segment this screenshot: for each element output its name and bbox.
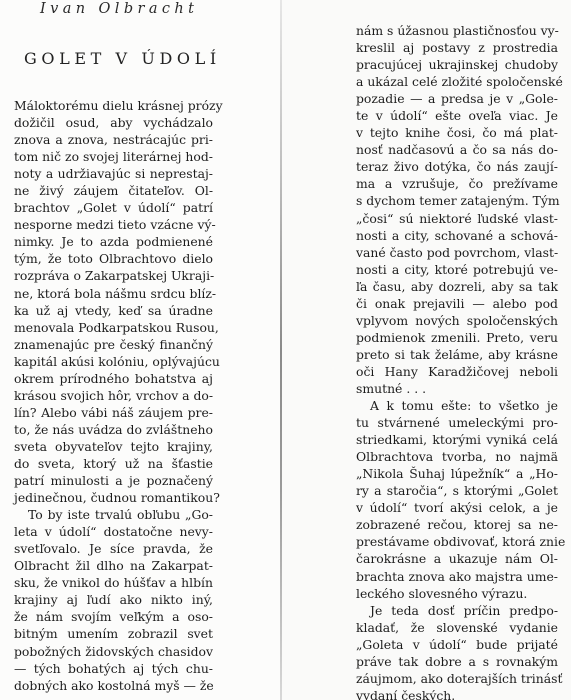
text-line: tom nič zo svojej literárnej hod-	[14, 148, 213, 165]
text-line: tu stvárnené umeleckými pro-	[356, 414, 558, 431]
text-line: te v údolí“ ešte oveľa viac. Je	[356, 107, 558, 124]
text-line: pobožných židovských chasidov	[14, 643, 213, 660]
text-line: podmienok zmenili. Preto, veru	[356, 329, 558, 346]
paragraph-start-line: Je teda dosť príčin predpo-	[356, 602, 558, 619]
text-line: vydaní českých.	[356, 687, 558, 700]
text-line: krásou svojich hôr, vrchov a do-	[14, 387, 213, 404]
text-line: leckého slovesného výrazu.	[356, 585, 558, 602]
text-line: brachtov „Golet v údolí“ patrí	[14, 199, 213, 216]
text-line: krajiny aj ľudí ako nikto iný,	[14, 591, 213, 608]
text-line: práve tak dobre a s rovnakým	[356, 653, 558, 670]
text-line: „čosi“ sú niektoré ľudské vlast-	[356, 210, 558, 227]
text-line: oči Hany Karadžičovej neboli	[356, 363, 558, 380]
text-line: prestávame obdivovať, ktorá znie	[356, 533, 558, 550]
text-line: ľa času, aby dozreli, aby sa tak	[356, 278, 558, 295]
text-line: kladať, že slovenské vydanie	[356, 619, 558, 636]
text-line: menovala Podkarpatskou Rusou,	[14, 319, 213, 336]
text-line: nosti a city, schované a schová-	[356, 227, 558, 244]
left-text-column: Máloktorému dielu krásnej prózy dožičil …	[14, 97, 213, 694]
text-line: ne, ktorá bola nášmu srdcu blíz-	[14, 285, 213, 302]
text-line: tým, že toto Olbrachtovo dielo	[14, 250, 213, 267]
paragraph-start-line: A k tomu ešte: to všetko je	[356, 397, 558, 414]
text-line: svetľovalo. Je síce pravda, že	[14, 540, 213, 557]
text-line: — tých bohatých aj tých chu-	[14, 660, 213, 677]
text-line: kapitál akúsi kolóniu, oplývajúcu	[14, 353, 213, 370]
text-line: to, že nás uvádza do zvláštneho	[14, 421, 213, 438]
right-text-column: nám s úžasnou plastičnosťou vy- kreslil …	[356, 22, 558, 700]
text-line: Olbracht žil dlho na Zakarpat-	[14, 557, 213, 574]
text-line: „Goleta v údolí“ bude prijaté	[356, 636, 558, 653]
text-line: pracujúcej ukrajinskej chudoby	[356, 56, 558, 73]
text-line: teraz živo dotýka, čo nás zaují-	[356, 158, 558, 175]
text-line: nosť nadčasovú a čo sa nás do-	[356, 141, 558, 158]
text-line: „Nikola Šuhaj lúpežník“ a „Ho-	[356, 465, 558, 482]
text-line: sveta obyvateľov tejto krajiny,	[14, 438, 213, 455]
text-line: ma a vzrušuje, čo prežívame	[356, 175, 558, 192]
paragraph-start-line: To by iste trvalú obľubu „Go-	[14, 506, 213, 523]
text-line: okrem prírodného bohatstva aj	[14, 370, 213, 387]
text-line: zobrazené rečou, ktorej sa ne-	[356, 516, 558, 533]
text-line: bitným umením zobrazil svet	[14, 625, 213, 642]
text-line: nesporne medzi tieto vzácne vý-	[14, 216, 213, 233]
text-line: do sveta, ktorý už na šťastie	[14, 455, 213, 472]
text-line: Máloktorému dielu krásnej prózy	[14, 97, 213, 114]
text-line: ry a staročia“, s ktorými „Golet	[356, 482, 558, 499]
text-line: čarokrásne a ukazuje nám Ol-	[356, 550, 558, 567]
text-line: patrí minulosti a je poznačený	[14, 472, 213, 489]
text-line: Olbrachtova tvorba, no najmä	[356, 448, 558, 465]
book-title: GOLET V ÚDOLÍ	[24, 49, 221, 68]
text-line: nám s úžasnou plastičnosťou vy-	[356, 22, 558, 39]
text-line: rozpráva o Zakarpatskej Ukraji-	[14, 267, 213, 284]
text-line: znova a znova, nestrácajúc pri-	[14, 131, 213, 148]
text-line: leta v údolí“ dostatočne nevy-	[14, 523, 213, 540]
text-line: sku, že vnikol do húšťav a hlbín	[14, 574, 213, 591]
text-line: smutné . . .	[356, 380, 558, 397]
author-name: Ivan Olbracht	[40, 1, 198, 17]
text-line: kreslil aj postavy z prostredia	[356, 39, 558, 56]
text-line: vplyvom nových spoločenských	[356, 312, 558, 329]
text-line: ka už aj vtedy, keď sa úradne	[14, 302, 213, 319]
text-line: dobných ako kostolná myš — že	[14, 677, 213, 694]
text-line: lín? Alebo vábi náš záujem pre-	[14, 404, 213, 421]
text-line: nimky. Je to azda podmienené	[14, 233, 213, 250]
text-line: jedinečnou, čudnou romantikou?	[14, 489, 213, 506]
text-line: vané často pod povrchom, vlast-	[356, 244, 558, 261]
text-line: že nám svojím veľkým a oso-	[14, 608, 213, 625]
text-line: ne živý záujem čitateľov. Ol-	[14, 182, 213, 199]
text-line: nosti a city, ktoré potrebujú ve-	[356, 261, 558, 278]
text-line: striedkami, ktorými vyniká celá	[356, 431, 558, 448]
text-line: s dychom temer zatajeným. Tým	[356, 192, 558, 209]
text-line: brachta znova ako majstra ume-	[356, 568, 558, 585]
text-line: v tejto knihe čosi, čo má plat-	[356, 124, 558, 141]
text-line: pozadie — a predsa je v „Gole-	[356, 90, 558, 107]
text-line: znamenajúc pre český finančný	[14, 336, 213, 353]
text-line: preto si tak želáme, aby krásne	[356, 346, 558, 363]
text-line: noty a udržiavajúc si neprestaj-	[14, 165, 213, 182]
text-line: či onak prejavili — alebo pod	[356, 295, 558, 312]
text-line: a ukázal celé zložité spoločenské	[356, 73, 558, 90]
left-page: Ivan Olbracht GOLET V ÚDOLÍ Máloktorému …	[0, 0, 281, 700]
text-line: záujmom, ako doterajších trinásť	[356, 670, 558, 687]
text-line: dožičil osud, aby vychádzalo	[14, 114, 213, 131]
text-line: v údolí“ tvorí akýsi celok, a je	[356, 499, 558, 516]
